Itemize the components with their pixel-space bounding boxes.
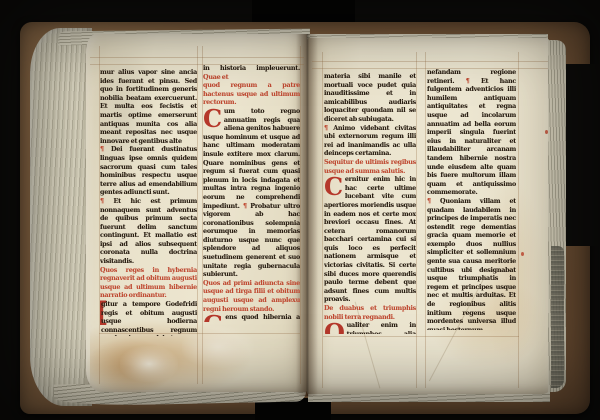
- ink-text-run: materia sibi manile et mortuali voce pud…: [324, 72, 416, 123]
- text-column-right-1: materia sibi manile et mortuali voce pud…: [324, 72, 416, 334]
- body-text: mur alius vapor sine ancia ides fuerant …: [100, 68, 197, 145]
- rubricated-text-run: ¶: [427, 197, 440, 205]
- ruling-line: [323, 336, 519, 337]
- text-column-left-2: in historia impleuerunt. Quae etquod reg…: [203, 64, 300, 322]
- ink-text-run: Quoniam villam et quadam laudabilem in p…: [427, 197, 516, 330]
- illuminated-initial: G: [203, 313, 225, 322]
- rubricated-text-run: ¶: [100, 145, 111, 153]
- body-text: ¶ Et hic est primum nonnaquem sunt adven…: [100, 197, 197, 266]
- paragraph-with-initial: Gens quod hibernia a primo ad ultimum su…: [203, 313, 300, 322]
- background-shadow: [564, 64, 600, 246]
- body-text: ¶ Animo videbant civitas ubi externorum …: [324, 124, 416, 158]
- rubricated-text-run: Sequitur de ultimis regibus usque ad sum…: [324, 158, 416, 175]
- body-text: ¶ Quoniam villam et quadam laudabilem in…: [427, 197, 516, 330]
- rubric-text: De duabus et triumphis nobili terra regn…: [324, 304, 416, 321]
- text-column-left-1: mur alius vapor sine ancia ides fuerant …: [100, 68, 197, 336]
- parchment-light-patch: [120, 346, 178, 382]
- body-text: nefandam regione retineri. ¶ Et hanc ful…: [427, 68, 516, 197]
- page-edges-left: [30, 28, 92, 406]
- rubricated-text-run: ¶: [324, 124, 333, 132]
- ink-text-run: mur alius vapor sine ancia ides fuerant …: [100, 68, 197, 145]
- ruling-line: [300, 46, 301, 384]
- paragraph-with-initial: Igitur a tempore Godefridi regis et obit…: [100, 300, 197, 336]
- rubric-text: Quos ad primi adiuncta sine usque ad tir…: [203, 279, 300, 313]
- paragraph-with-initial: Cum toto regno annuatim regis qua aliena…: [203, 107, 300, 279]
- rubric-text: quod regnum a patre hactenus usque ad ul…: [203, 81, 300, 107]
- ruling-line: [425, 52, 426, 388]
- ruling-line: [90, 57, 304, 58]
- body-text: ¶ Dei fuerant dustinatus linguas ipse om…: [100, 145, 197, 197]
- ruling-line: [416, 52, 417, 388]
- rubricated-text-run: quod regnum a patre hactenus usque ad ul…: [203, 81, 300, 106]
- rubric-text: Sequitur de ultimis regibus usque ad sum…: [324, 158, 416, 175]
- illuminated-initial: Q: [324, 321, 347, 334]
- rubric-text: Quos reges in hybernia regnaverit ad obi…: [100, 266, 197, 300]
- ruling-line: [312, 61, 548, 62]
- paragraph-with-initial: Cernitur enim hic in hac certe ultime lu…: [324, 175, 416, 304]
- paragraph-with-initial: Qualiter enim in triumphos alia hibernic…: [324, 321, 416, 334]
- ruling-line: [518, 52, 519, 388]
- margin-red-mark: [545, 130, 548, 134]
- rubricated-text-run: Quos ad primi adiuncta sine usque ad tir…: [203, 279, 300, 313]
- ink-text-run: Animo videbant civitas ubi externorum re…: [324, 124, 416, 158]
- illuminated-initial: C: [324, 175, 345, 198]
- ink-text-run: gitur a tempore Godefridi regis et obitu…: [100, 300, 197, 336]
- ink-text-run: Probatur ultro vigorem ab hac coronation…: [203, 202, 300, 279]
- ink-text-run: in historia impleuerunt.: [203, 64, 300, 72]
- ruling-line: [322, 52, 323, 388]
- rubricated-text-run: ¶: [100, 197, 114, 205]
- illuminated-initial: C: [203, 107, 224, 130]
- ink-text-run: Dei fuerant dustinatus linguas ipse omni…: [100, 145, 197, 196]
- ink-text-run: Et hanc fulgentem adventicios illi humil…: [427, 77, 516, 197]
- manuscript-photo: mur alius vapor sine ancia ides fuerant …: [0, 0, 600, 420]
- rubricated-text-run: De duabus et triumphis nobili terra regn…: [324, 304, 416, 321]
- rubricated-text-run: ¶: [466, 77, 481, 85]
- body-text: materia sibi manile et mortuali voce pud…: [324, 72, 416, 124]
- body-text: in historia impleuerunt. Quae et: [203, 64, 300, 81]
- page-edge-speckle: [551, 246, 564, 388]
- rubricated-text-run: Quae et: [203, 73, 228, 81]
- parchment-stain: [82, 336, 177, 398]
- ink-text-run: Et hic est primum nonnaquem sunt adventu…: [100, 197, 197, 265]
- text-column-right-2: nefandam regione retineri. ¶ Et hanc ful…: [427, 68, 516, 330]
- rubricated-text-run: Quos reges in hybernia regnaverit ad obi…: [100, 266, 197, 300]
- margin-red-mark: [521, 252, 524, 256]
